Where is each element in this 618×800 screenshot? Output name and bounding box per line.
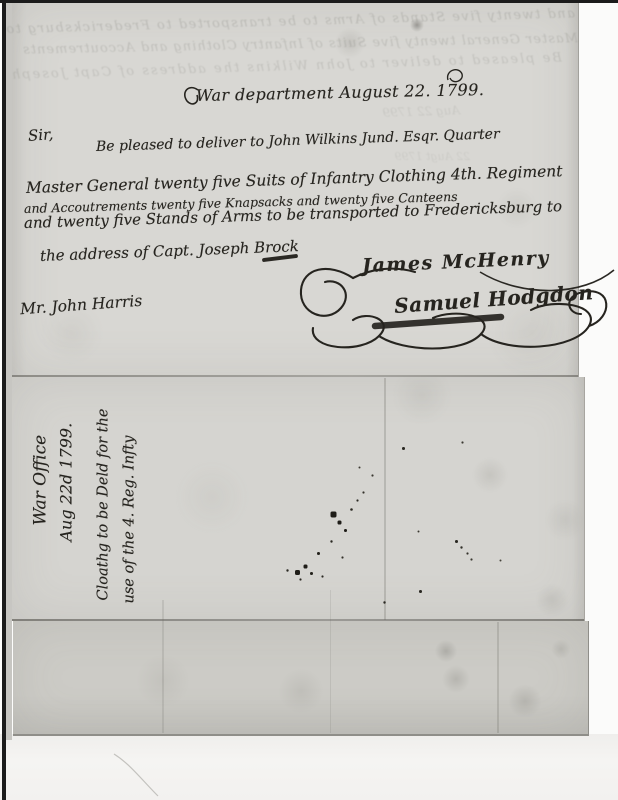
ink-bleedthrough-fragment: 22 Augt 1799 [350,150,470,163]
fold-crease-vertical-left [162,600,164,733]
docket-office-line: War Office [28,399,54,526]
date-curl-icon [445,66,465,84]
scan-frame-top-border [0,0,618,3]
salutation: Sir, [27,125,54,145]
scan-frame-left-border [2,0,6,800]
fold-crease-vertical-center [330,590,331,733]
docket-subject-line-2: use of the 4. Reg. Infty [117,399,143,604]
fold-crease-horizontal-lower [12,619,584,621]
scanner-backing [0,734,618,800]
docket-date-line: Aug 22d 1799. [54,399,80,542]
fold-crease-horizontal-upper [12,375,578,377]
scratch-mark [112,752,164,798]
fold-crease-vertical-mid [384,378,386,620]
fold-crease-vertical-flap [497,622,499,733]
docket-note: War Office Aug 22d 1799. Cloathg to be D… [28,399,142,606]
paper-panel-bottom-flap [13,621,589,736]
scanned-letter-page: and twenty five Stands of Arms to be tra… [0,0,618,800]
docket-subject-line-1: Cloathg to be Deld for the [91,399,117,601]
